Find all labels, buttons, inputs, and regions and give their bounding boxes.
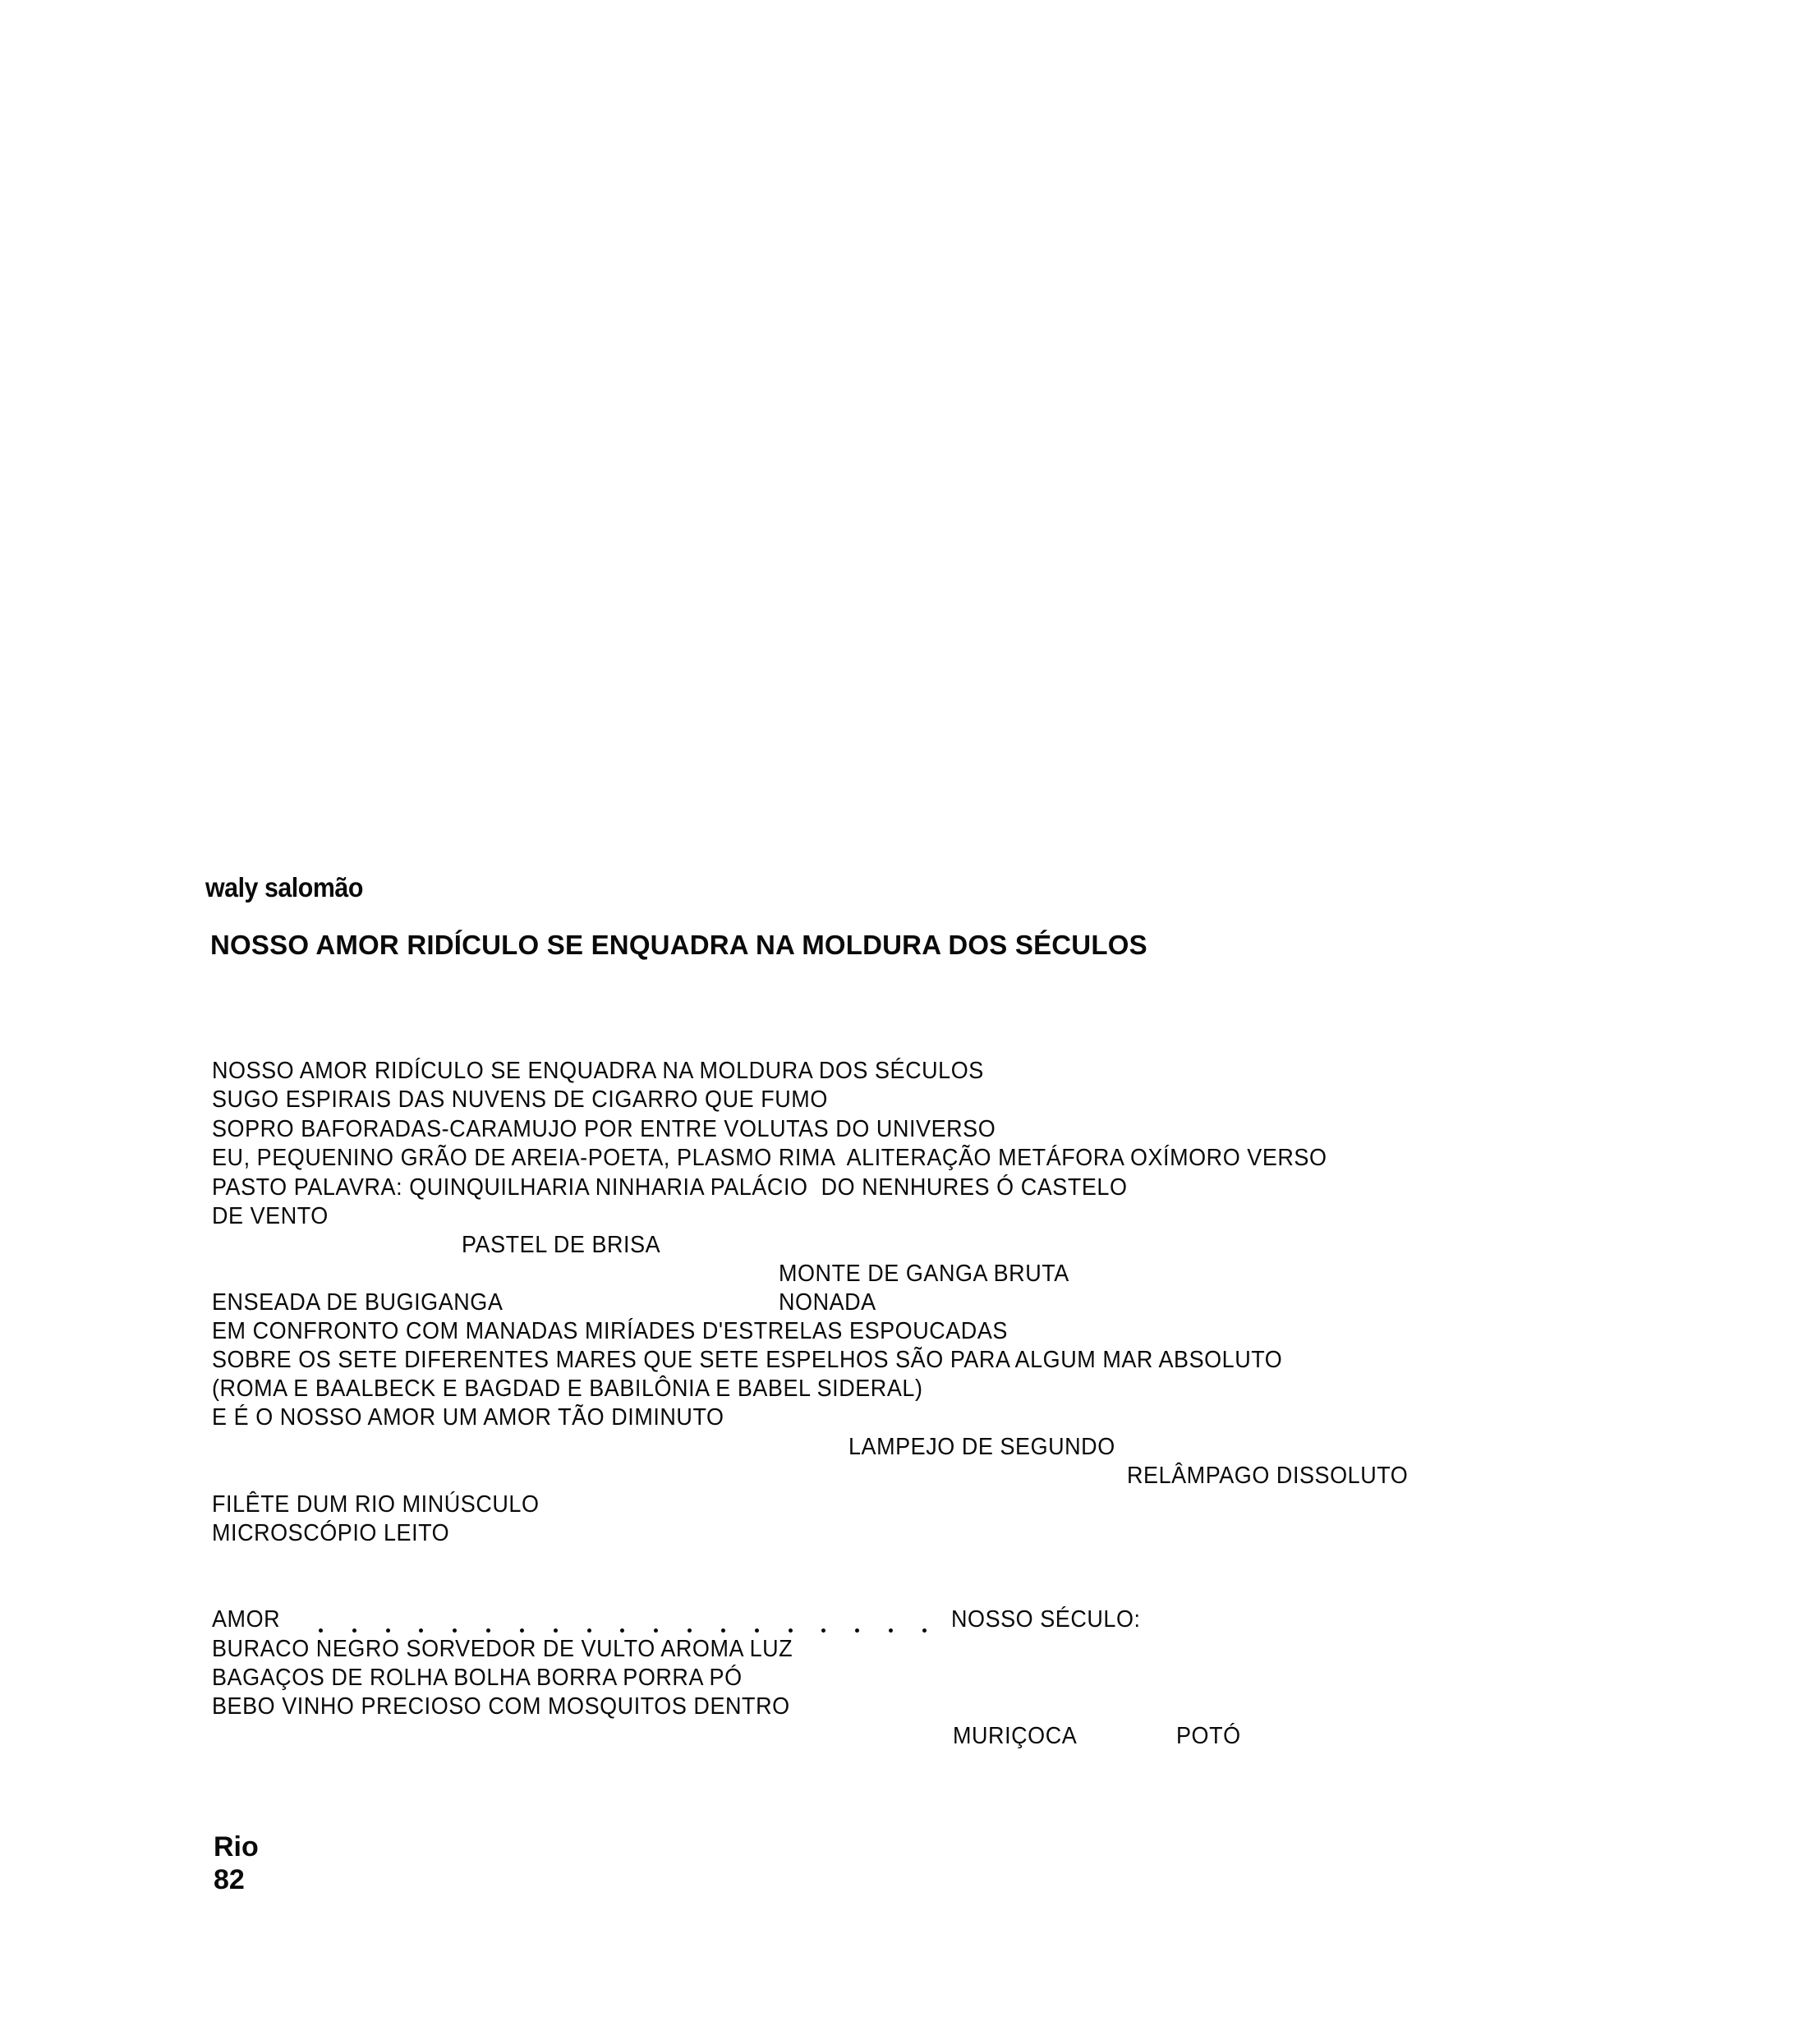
poem-line: NOSSO AMOR RIDÍCULO SE ENQUADRA NA MOLDU… [212, 1059, 984, 1083]
poem-title: NOSSO AMOR RIDÍCULO SE ENQUADRA NA MOLDU… [210, 930, 1147, 961]
poem-line: (ROMA E BAALBECK E BAGDAD E BABILÔNIA E … [212, 1377, 922, 1401]
poem-line: MONTE DE GANGA BRUTA [779, 1262, 1069, 1286]
poem-line: FILÊTE DUM RIO MINÚSCULO [212, 1493, 540, 1517]
leader-dot [554, 1628, 558, 1633]
leader-dot [855, 1628, 859, 1633]
poem-line: DE VENTO [212, 1205, 329, 1229]
leader-dot [755, 1628, 759, 1633]
leader-dot [520, 1628, 524, 1633]
poem-line: SUGO ESPIRAIS DAS NUVENS DE CIGARRO QUE … [212, 1088, 828, 1112]
leader-dot [889, 1628, 893, 1633]
leader-dot [319, 1628, 323, 1633]
poem-line: EU, PEQUENINO GRÃO DE AREIA-POETA, PLASM… [212, 1146, 1327, 1170]
poem-line: SOPRO BAFORADAS-CARAMUJO POR ENTRE VOLUT… [212, 1118, 996, 1141]
leader-dot [352, 1628, 356, 1633]
footer-year: 82 [214, 1866, 245, 1894]
leader-dot [419, 1628, 423, 1633]
leader-dot [654, 1628, 658, 1633]
footer-place: Rio [214, 1833, 259, 1861]
leader-dot [486, 1628, 490, 1633]
leader-dot [386, 1628, 390, 1633]
poem-line: E É O NOSSO AMOR UM AMOR TÃO DIMINUTO [212, 1406, 724, 1430]
leader-dot [721, 1628, 725, 1633]
leader-dot [587, 1628, 591, 1633]
leader-dot [922, 1628, 927, 1633]
poem-line: NONADA [779, 1291, 876, 1315]
leader-dot [687, 1628, 692, 1633]
poto-word: POTÓ [1176, 1725, 1241, 1748]
poem-line: ENSEADA DE BUGIGANGA [212, 1291, 503, 1315]
poem-line: SOBRE OS SETE DIFERENTES MARES QUE SETE … [212, 1348, 1282, 1372]
amor-label: AMOR [212, 1608, 280, 1632]
leader-dot [620, 1628, 624, 1633]
nosso-seculo-label: NOSSO SÉCULO: [951, 1608, 1141, 1632]
leader-dot [453, 1628, 457, 1633]
poem-line: BEBO VINHO PRECIOSO COM MOSQUITOS DENTRO [212, 1695, 790, 1719]
poem-line: BURACO NEGRO SORVEDOR DE VULTO AROMA LUZ [212, 1637, 793, 1661]
poem-line: PASTEL DE BRISA [462, 1233, 660, 1257]
poem-line: PASTO PALAVRA: QUINQUILHARIA NINHARIA PA… [212, 1176, 1128, 1200]
leader-dot [789, 1628, 793, 1633]
dot-leader [319, 1608, 927, 1633]
leader-dot [821, 1628, 825, 1633]
poem-line: EM CONFRONTO COM MANADAS MIRÍADES D'ESTR… [212, 1320, 1008, 1344]
author-name: waly salomão [205, 872, 363, 903]
poem-line: LAMPEJO DE SEGUNDO [848, 1435, 1115, 1459]
poem-line: BAGAÇOS DE ROLHA BOLHA BORRA PORRA PÓ [212, 1666, 743, 1690]
poem-line: MICROSCÓPIO LEITO [212, 1522, 449, 1546]
muricoca-word: MURIÇOCA [953, 1725, 1077, 1748]
poem-line: RELÂMPAGO DISSOLUTO [1127, 1464, 1408, 1488]
